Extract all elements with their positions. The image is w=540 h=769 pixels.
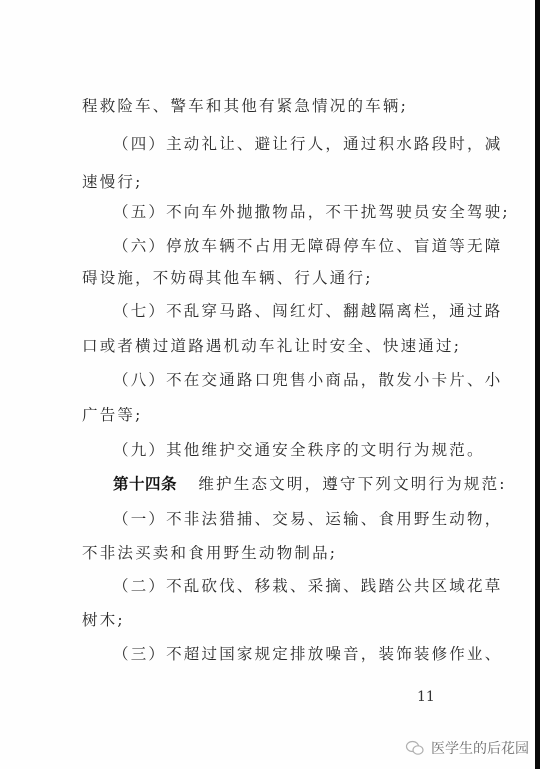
article-text: 维护生态文明，遵守下列文明行为规范: (198, 475, 506, 493)
text-line: （六）停放车辆不占用无障碍停车位、盲道等无障 (113, 236, 493, 256)
text-line: 树木; (82, 610, 462, 630)
article-number: 第十四条 (113, 475, 177, 493)
wechat-icon (405, 740, 425, 756)
text-line: （七）不乱穿马路、闯红灯、翻越隔离栏，通过路 (113, 301, 493, 321)
text-line: 不非法买卖和食用野生动物制品; (82, 543, 462, 563)
text-line: （二）不乱砍伐、移栽、采摘、践踏公共区域花草 (113, 576, 493, 596)
text-line: 速慢行; (82, 172, 462, 192)
text-line: （五）不向车外抛撒物品，不干扰驾驶员安全驾驶; (113, 202, 493, 222)
text-line: 广告等; (82, 405, 462, 425)
watermark: 医学生的后花园 (405, 738, 529, 758)
page-number: 11 (417, 689, 435, 705)
text-line: （九）其他维护交通安全秩序的文明行为规范。 (113, 440, 493, 460)
text-line: 程救险车、警车和其他有紧急情况的车辆; (82, 96, 462, 116)
text-line: （八）不在交通路口兜售小商品，散发小卡片、小 (113, 370, 493, 390)
text-line: 口或者横过道路遇机动车礼让时安全、快速通过; (82, 336, 462, 356)
watermark-text: 医学生的后花园 (431, 738, 529, 758)
right-border (535, 0, 540, 769)
document-page: 程救险车、警车和其他有紧急情况的车辆; （四）主动礼让、避让行人，通过积水路段时… (0, 0, 535, 769)
text-line: （一）不非法猎捕、交易、运输、食用野生动物， (113, 509, 493, 529)
text-line: （四）主动礼让、避让行人，通过积水路段时，减 (113, 134, 493, 154)
article-heading-line: 第十四条 维护生态文明，遵守下列文明行为规范: (113, 474, 493, 494)
text-line: 碍设施，不妨碍其他车辆、行人通行; (82, 268, 462, 288)
text-line: （三）不超过国家规定排放噪音，装饰装修作业、 (113, 644, 493, 664)
